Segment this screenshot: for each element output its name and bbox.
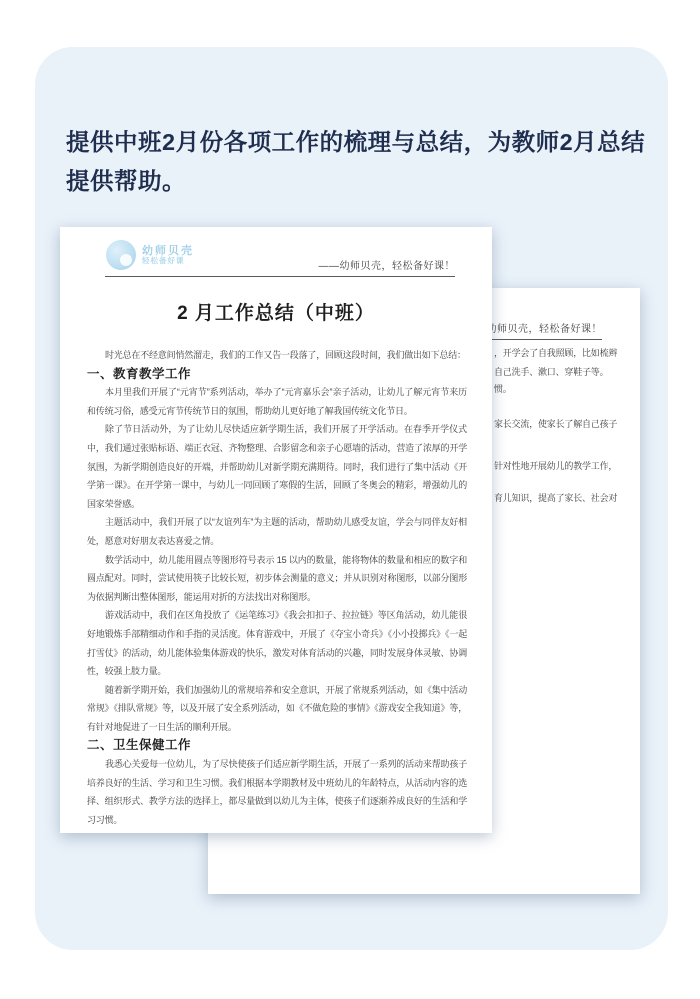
document-title: 2 月工作总结（中班） [60, 298, 492, 325]
page1-tagline: ——幼师贝壳，轻松备好课！ [319, 257, 456, 272]
brand-slogan: 轻松备好课 [142, 257, 194, 265]
intro-text: 提供中班2月份各项工作的梳理与总结，为教师2月总结提供帮助。 [66, 123, 646, 201]
page2-text-fragment: ，开学会了自我照顾，比如梳辫 [494, 346, 617, 359]
body-paragraph: 游戏活动中，我们在区角投放了《运笔练习》《我会扣扣子、拉拉链》等区角活动，幼儿能… [87, 606, 467, 680]
page2-text-fragment: 惯。 [494, 382, 512, 395]
body-paragraph: 时光总在不经意间悄然溜走，我们的工作又告一段落了，回顾这段时间，我们做出如下总结… [87, 346, 467, 365]
body-paragraph: 随着新学期开始，我们加强幼儿的常规培养和安全意识，开展了常规系列活动，如《集中活… [87, 681, 467, 737]
content-card: 提供中班2月份各项工作的梳理与总结，为教师2月总结提供帮助。 ——幼师贝壳，轻松… [35, 47, 668, 950]
body-paragraph: 本月里我们开展了“元宵节”系列活动，举办了“元宵嘉乐会”亲子活动，让幼儿了解元宵… [87, 383, 467, 420]
document-page-1: 幼师贝壳 轻松备好课 ——幼师贝壳，轻松备好课！ 2 月工作总结（中班） 时光总… [60, 227, 492, 833]
section-heading: 一、教育教学工作 [87, 365, 467, 384]
body-paragraph: 主题活动中，我们开展了以“友谊列车”为主题的活动，帮助幼儿感受友谊，学会与同伴友… [87, 513, 467, 550]
page2-text-fragment: 家长交流，使家长了解自己孩子 [494, 417, 617, 430]
page2-text-fragment: 育儿知识，提高了家长、社会对 [494, 491, 617, 504]
brand-logo: 幼师贝壳 轻松备好课 [106, 240, 194, 270]
body-paragraph: 除了节日活动外，为了让幼儿尽快适应新学期生活，我们开展了开学活动。在春季开学仪式… [87, 420, 467, 513]
shell-logo-icon [106, 240, 136, 270]
page1-header-rule [105, 276, 455, 277]
section-heading: 二、卫生保健工作 [87, 736, 467, 755]
page2-text-fragment: 自己洗手、漱口、穿鞋子等。 [494, 365, 608, 378]
document-body: 时光总在不经意间悄然溜走，我们的工作又告一段落了，回顾这段时间，我们做出如下总结… [87, 346, 467, 829]
page2-text-fragment: 针对性地开展幼儿的教学工作， [494, 459, 617, 472]
brand-logo-text: 幼师贝壳 轻松备好课 [142, 245, 194, 265]
body-paragraph: 我悉心关爱每一位幼儿，为了尽快使孩子们适应新学期生活，开展了一系列的活动来帮助孩… [87, 755, 467, 829]
body-paragraph: 数学活动中，幼儿能用圆点等图形符号表示 15 以内的数量，能将物体的数量和相应的… [87, 551, 467, 607]
